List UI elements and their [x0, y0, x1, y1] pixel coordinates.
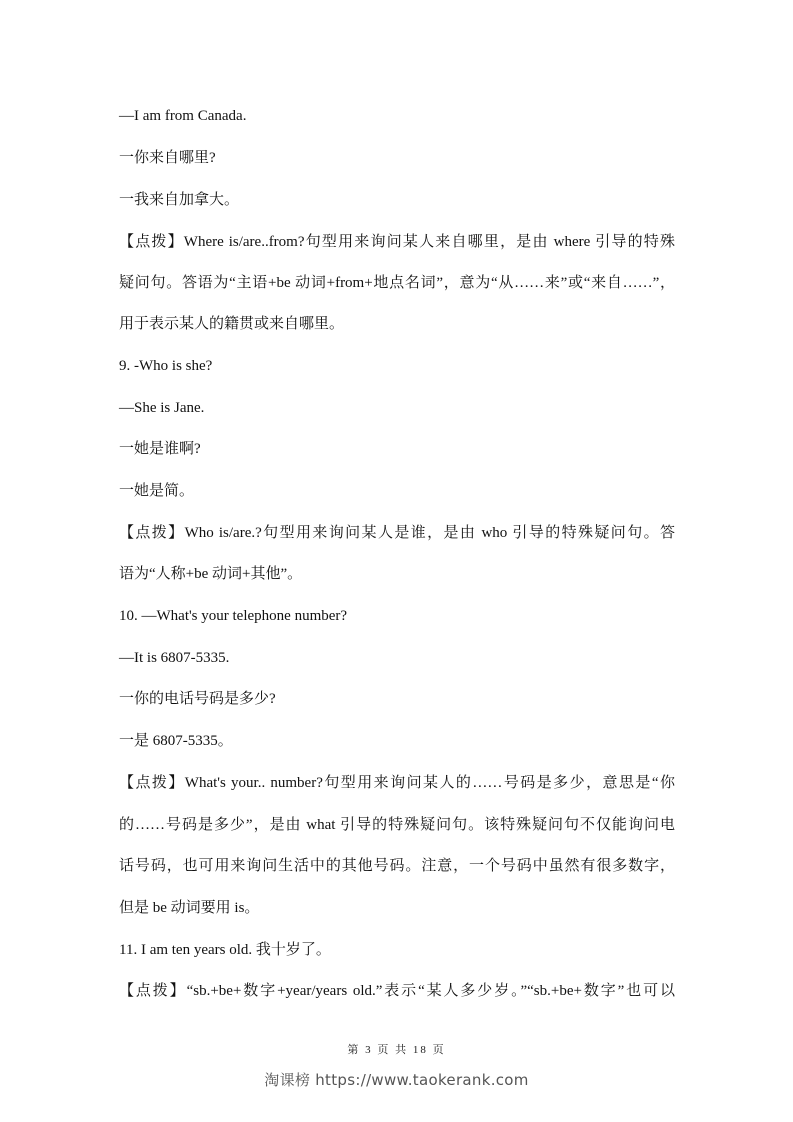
text-line: 一她是谁啊? [119, 439, 675, 459]
text-line: 但是 be 动词要用 is。 [119, 898, 675, 918]
text-line: —She is Jane. [119, 398, 675, 418]
text-line: 一是 6807-5335。 [119, 731, 675, 751]
text-line: 【点拨】What's your.. number?句型用来询问某人的……号码是多… [119, 773, 675, 793]
text-line: 【点拨】“sb.+be+数字+year/years old.”表示“某人多少岁。… [119, 981, 675, 1001]
text-line: 语为“人称+be 动词+其他”。 [119, 564, 675, 584]
text-line: 11. I am ten years old. 我十岁了。 [119, 940, 675, 960]
text-line: 的……号码是多少”，是由 what 引导的特殊疑问句。该特殊疑问句不仅能询问电 [119, 815, 675, 835]
document-page: —I am from Canada.一你来自哪里?一我来自加拿大。【点拨】Whe… [0, 0, 793, 1122]
text-line: 一你来自哪里? [119, 148, 675, 168]
text-line: 一我来自加拿大。 [119, 190, 675, 210]
page-number-footer: 第 3 页 共 18 页 [0, 1041, 793, 1057]
text-line: 用于表示某人的籍贯或来自哪里。 [119, 314, 675, 334]
text-line: 一她是简。 [119, 481, 675, 501]
text-line: 9. -Who is she? [119, 356, 675, 376]
text-line: 10. —What's your telephone number? [119, 606, 675, 626]
text-line: 【点拨】Who is/are.?句型用来询问某人是谁，是由 who 引导的特殊疑… [119, 523, 675, 543]
text-line: 疑问句。答语为“主语+be 动词+from+地点名词”，意为“从……来”或“来自… [119, 273, 675, 293]
text-line: 话号码，也可用来询问生活中的其他号码。注意，一个号码中虽然有很多数字， [119, 856, 675, 876]
text-line: 【点拨】Where is/are..from?句型用来询问某人来自哪里，是由 w… [119, 232, 675, 252]
text-line: —I am from Canada. [119, 106, 675, 126]
text-line: —It is 6807-5335. [119, 648, 675, 668]
text-line: 一你的电话号码是多少? [119, 689, 675, 709]
watermark-link[interactable]: 淘课榜 https://www.taokerank.com [0, 1069, 793, 1090]
